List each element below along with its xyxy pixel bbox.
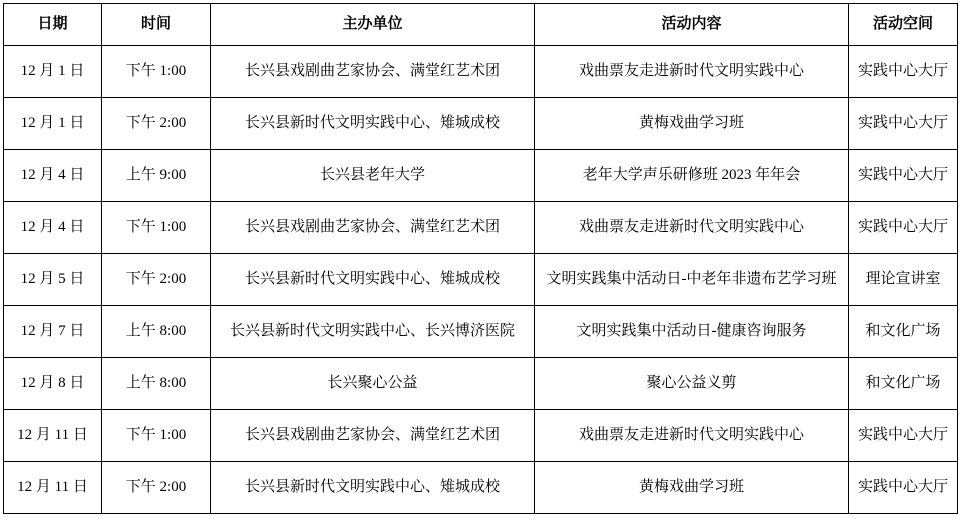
cell-time: 上午 9:00 <box>102 150 211 202</box>
cell-space: 实践中心大厅 <box>849 98 958 150</box>
cell-time: 下午 1:00 <box>102 46 211 98</box>
table-row: 12 月 5 日 下午 2:00 长兴县新时代文明实践中心、雉城成校 文明实践集… <box>4 254 958 306</box>
cell-organizer: 长兴县戏剧曲艺家协会、满堂红艺术团 <box>211 202 535 254</box>
cell-activity: 文明实践集中活动日-中老年非遗布艺学习班 <box>535 254 849 306</box>
cell-space: 实践中心大厅 <box>849 462 958 514</box>
cell-space: 实践中心大厅 <box>849 410 958 462</box>
table-row: 12 月 11 日 下午 2:00 长兴县新时代文明实践中心、雉城成校 黄梅戏曲… <box>4 462 958 514</box>
column-header-time: 时间 <box>102 4 211 46</box>
table-row: 12 月 4 日 下午 1:00 长兴县戏剧曲艺家协会、满堂红艺术团 戏曲票友走… <box>4 202 958 254</box>
cell-time: 上午 8:00 <box>102 358 211 410</box>
column-header-activity: 活动内容 <box>535 4 849 46</box>
cell-date: 12 月 8 日 <box>4 358 102 410</box>
cell-activity: 黄梅戏曲学习班 <box>535 98 849 150</box>
cell-date: 12 月 11 日 <box>4 410 102 462</box>
cell-date: 12 月 11 日 <box>4 462 102 514</box>
cell-organizer: 长兴县戏剧曲艺家协会、满堂红艺术团 <box>211 46 535 98</box>
cell-space: 理论宣讲室 <box>849 254 958 306</box>
cell-date: 12 月 7 日 <box>4 306 102 358</box>
column-header-organizer: 主办单位 <box>211 4 535 46</box>
cell-date: 12 月 5 日 <box>4 254 102 306</box>
cell-time: 下午 1:00 <box>102 410 211 462</box>
table-row: 12 月 7 日 上午 8:00 长兴县新时代文明实践中心、长兴博济医院 文明实… <box>4 306 958 358</box>
activity-schedule-table: 日期 时间 主办单位 活动内容 活动空间 12 月 1 日 下午 1:00 长兴… <box>3 3 958 514</box>
cell-organizer: 长兴聚心公益 <box>211 358 535 410</box>
cell-time: 下午 2:00 <box>102 254 211 306</box>
cell-date: 12 月 1 日 <box>4 98 102 150</box>
cell-organizer: 长兴县老年大学 <box>211 150 535 202</box>
table-body: 12 月 1 日 下午 1:00 长兴县戏剧曲艺家协会、满堂红艺术团 戏曲票友走… <box>4 46 958 514</box>
cell-space: 实践中心大厅 <box>849 46 958 98</box>
cell-activity: 老年大学声乐研修班 2023 年年会 <box>535 150 849 202</box>
column-header-space: 活动空间 <box>849 4 958 46</box>
cell-date: 12 月 1 日 <box>4 46 102 98</box>
cell-activity: 文明实践集中活动日-健康咨询服务 <box>535 306 849 358</box>
table-row: 12 月 4 日 上午 9:00 长兴县老年大学 老年大学声乐研修班 2023 … <box>4 150 958 202</box>
cell-space: 和文化广场 <box>849 358 958 410</box>
cell-space: 实践中心大厅 <box>849 202 958 254</box>
cell-organizer: 长兴县新时代文明实践中心、雉城成校 <box>211 462 535 514</box>
document-page: 日期 时间 主办单位 活动内容 活动空间 12 月 1 日 下午 1:00 长兴… <box>0 0 961 514</box>
cell-space: 和文化广场 <box>849 306 958 358</box>
cell-time: 下午 1:00 <box>102 202 211 254</box>
cell-organizer: 长兴县戏剧曲艺家协会、满堂红艺术团 <box>211 410 535 462</box>
cell-organizer: 长兴县新时代文明实践中心、雉城成校 <box>211 254 535 306</box>
cell-activity: 戏曲票友走进新时代文明实践中心 <box>535 202 849 254</box>
cell-organizer: 长兴县新时代文明实践中心、长兴博济医院 <box>211 306 535 358</box>
cell-space: 实践中心大厅 <box>849 150 958 202</box>
column-header-date: 日期 <box>4 4 102 46</box>
table-row: 12 月 8 日 上午 8:00 长兴聚心公益 聚心公益义剪 和文化广场 <box>4 358 958 410</box>
cell-activity: 黄梅戏曲学习班 <box>535 462 849 514</box>
table-row: 12 月 11 日 下午 1:00 长兴县戏剧曲艺家协会、满堂红艺术团 戏曲票友… <box>4 410 958 462</box>
cell-date: 12 月 4 日 <box>4 202 102 254</box>
table-header-row: 日期 时间 主办单位 活动内容 活动空间 <box>4 4 958 46</box>
cell-date: 12 月 4 日 <box>4 150 102 202</box>
cell-time: 下午 2:00 <box>102 462 211 514</box>
cell-time: 下午 2:00 <box>102 98 211 150</box>
cell-activity: 戏曲票友走进新时代文明实践中心 <box>535 410 849 462</box>
cell-activity: 戏曲票友走进新时代文明实践中心 <box>535 46 849 98</box>
cell-organizer: 长兴县新时代文明实践中心、雉城成校 <box>211 98 535 150</box>
cell-time: 上午 8:00 <box>102 306 211 358</box>
table-row: 12 月 1 日 下午 1:00 长兴县戏剧曲艺家协会、满堂红艺术团 戏曲票友走… <box>4 46 958 98</box>
table-row: 12 月 1 日 下午 2:00 长兴县新时代文明实践中心、雉城成校 黄梅戏曲学… <box>4 98 958 150</box>
cell-activity: 聚心公益义剪 <box>535 358 849 410</box>
